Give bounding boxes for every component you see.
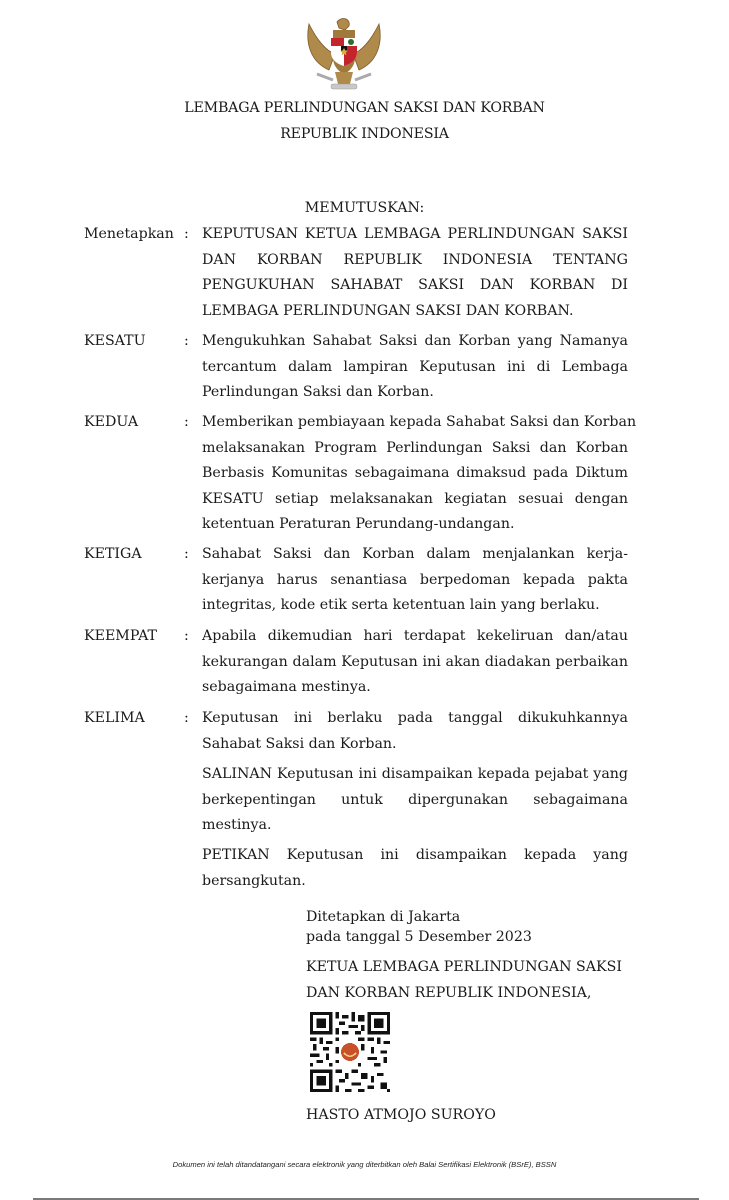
clause-colon: : xyxy=(184,624,189,650)
text-line: kerjanya harus senantiasa berpedoman kep… xyxy=(202,568,628,594)
salinan-paragraph: SALINAN Keputusan ini disampaikan kepada… xyxy=(202,762,628,839)
text-line: mestinya. xyxy=(202,813,628,839)
text-line: Sahabat Saksi dan Korban. xyxy=(202,732,628,758)
clause-label: KEDUA xyxy=(84,410,138,436)
clause-colon: : xyxy=(184,222,189,248)
text-line: KESATU setiap melaksanakan kegiatan sesu… xyxy=(202,487,628,513)
institution-name: LEMBAGA PERLINDUNGAN SAKSI DAN KORBAN xyxy=(0,100,729,116)
text-line: DAN KORBAN REPUBLIK INDONESIA TENTANG xyxy=(202,248,628,274)
country-name: REPUBLIK INDONESIA xyxy=(0,126,729,142)
qr-code-icon xyxy=(310,1012,390,1092)
text-line: Berbasis Komunitas sebagaimana dimaksud … xyxy=(202,461,628,487)
text-line: Memberikan pembiayaan kepada Sahabat Sak… xyxy=(202,410,628,436)
text-line: Mengukuhkan Sahabat Saksi dan Korban yan… xyxy=(202,329,628,355)
clause-text: Memberikan pembiayaan kepada Sahabat Sak… xyxy=(202,410,628,538)
text-line: kekurangan dalam Keputusan ini akan diad… xyxy=(202,650,628,676)
clause-label: KEEMPAT xyxy=(84,624,157,650)
text-line: PETIKAN Keputusan ini disampaikan kepada… xyxy=(202,843,628,869)
text-line: Apabila dikemudian hari terdapat kekelir… xyxy=(202,624,628,650)
clause-label: KETIGA xyxy=(84,542,142,568)
text-line: Keputusan ini berlaku pada tanggal dikuk… xyxy=(202,706,628,732)
text-line: melaksanakan Program Perlindungan Saksi … xyxy=(202,436,628,462)
text-line: LEMBAGA PERLINDUNGAN SAKSI DAN KORBAN. xyxy=(202,299,628,325)
clause-colon: : xyxy=(184,706,189,732)
text-line: berkepentingan untuk dipergunakan sebaga… xyxy=(202,788,628,814)
clause-text: Apabila dikemudian hari terdapat kekelir… xyxy=(202,624,628,701)
signature-place: Ditetapkan di Jakarta xyxy=(306,907,460,927)
signature-title-line2: DAN KORBAN REPUBLIK INDONESIA, xyxy=(306,983,591,1003)
text-line: PENGUKUHAN SAHABAT SAKSI DAN KORBAN DI xyxy=(202,273,628,299)
text-line: sebagaimana mestinya. xyxy=(202,675,628,701)
text-line: Sahabat Saksi dan Korban dalam menjalank… xyxy=(202,542,628,568)
petikan-paragraph: PETIKAN Keputusan ini disampaikan kepada… xyxy=(202,843,628,894)
signature-date: pada tanggal 5 Desember 2023 xyxy=(306,927,532,947)
text-line: integritas, kode etik serta ketentuan la… xyxy=(202,593,628,619)
text-line: KEPUTUSAN KETUA LEMBAGA PERLINDUNGAN SAK… xyxy=(202,222,628,248)
electronic-signature-note: Dokumen ini telah ditandatangani secara … xyxy=(0,1160,729,1169)
clause-colon: : xyxy=(184,542,189,568)
clause-label: KESATU xyxy=(84,329,146,355)
clause-label: Menetapkan xyxy=(84,222,174,248)
garuda-emblem-icon xyxy=(303,14,385,94)
signatory-name: HASTO ATMOJO SUROYO xyxy=(306,1105,496,1125)
signature-title-line1: KETUA LEMBAGA PERLINDUNGAN SAKSI xyxy=(306,957,622,977)
decision-heading: MEMUTUSKAN: xyxy=(0,200,729,216)
text-line: tercantum dalam lampiran Keputusan ini d… xyxy=(202,355,628,381)
clause-text: Mengukuhkan Sahabat Saksi dan Korban yan… xyxy=(202,329,628,406)
clause-colon: : xyxy=(184,410,189,436)
clause-label: KELIMA xyxy=(84,706,145,732)
text-line: ketentuan Peraturan Perundang-undangan. xyxy=(202,512,628,538)
clause-colon: : xyxy=(184,329,189,355)
clause-text: Keputusan ini berlaku pada tanggal dikuk… xyxy=(202,706,628,757)
clause-text: KEPUTUSAN KETUA LEMBAGA PERLINDUNGAN SAK… xyxy=(202,222,628,324)
clause-text: Sahabat Saksi dan Korban dalam menjalank… xyxy=(202,542,628,619)
text-line: SALINAN Keputusan ini disampaikan kepada… xyxy=(202,762,628,788)
text-line: bersangkutan. xyxy=(202,869,628,895)
text-line: Perlindungan Saksi dan Korban. xyxy=(202,380,628,406)
